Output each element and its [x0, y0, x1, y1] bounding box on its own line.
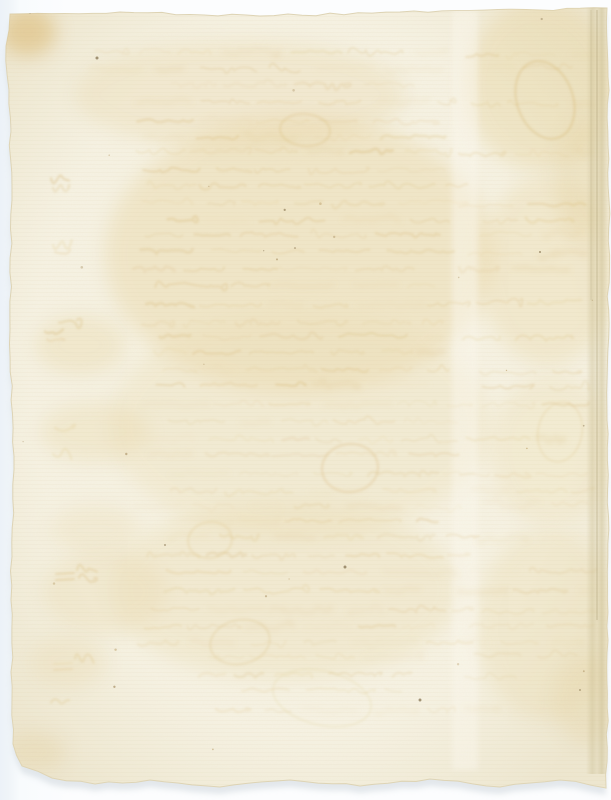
- manuscript-verso-scan: [0, 0, 611, 800]
- scanner-bed: [0, 0, 611, 800]
- paper-grain-texture: [0, 0, 611, 800]
- paper-surface-detail: [0, 0, 611, 800]
